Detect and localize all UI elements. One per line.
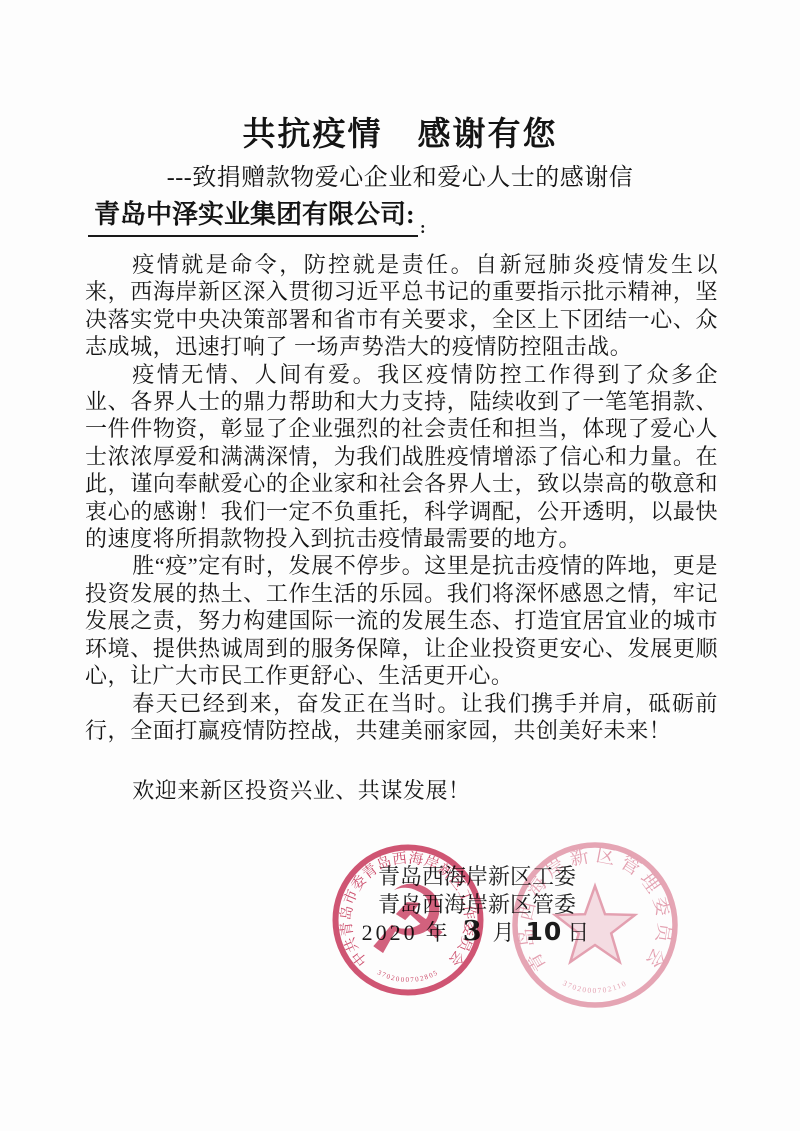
letter-subtitle: ---致捐赠款物爱心企业和爱心人士的感谢信: [0, 157, 800, 192]
letter-body: 疫情就是命令，防控就是责任。自新冠肺炎疫情发生以来，西海岸新区深入贯彻习近平总书…: [85, 251, 718, 805]
date-year-unit: 年: [426, 920, 449, 945]
stamp-serial: 3702000702110: [561, 978, 628, 995]
addressee-underline-colon: :: [420, 218, 426, 238]
body-paragraph-2: 疫情无情、人间有爱。我区疫情防控工作得到了众多企业、各界人士的鼎力帮助和大力支持…: [85, 361, 718, 553]
signature-org-2: 青岛西海岸新区管委: [327, 891, 627, 919]
body-paragraph-4: 春天已经到来，奋发正在当时。让我们携手并肩，砥砺前行，全面打赢疫情防控战，共建美…: [85, 690, 718, 745]
stamp-serial: 3702000702805: [376, 968, 440, 984]
closing-line: 欢迎来新区投资兴业、共谋发展！: [85, 777, 718, 804]
addressee-name: 青岛中泽实业集团有限公司:: [94, 194, 415, 231]
page-title: 共抗疫情 感谢有您: [0, 108, 800, 155]
date-year: 2020: [362, 920, 418, 945]
scanned-letter-page: 共抗疫情 感谢有您 ---致捐赠款物爱心企业和爱心人士的感谢信 青岛中泽实业集团…: [0, 0, 800, 1131]
date-month-unit: 月: [492, 920, 515, 945]
signature-org-1: 青岛西海岸新区工委: [327, 863, 627, 891]
date-day-unit: 日: [567, 920, 590, 945]
signature-block: 青岛西海岸新区工委 青岛西海岸新区管委 2020年3月10日: [327, 863, 627, 947]
date-day-handwritten: 10: [526, 917, 563, 946]
date-month-handwritten: 3: [463, 916, 483, 947]
signature-date: 2020年3月10日: [327, 918, 627, 947]
body-paragraph-3: 胜“疫”定有时，发展不停步。这里是抗击疫情的阵地，更是投资发展的热土、工作生活的…: [85, 552, 718, 689]
body-paragraph-1: 疫情就是命令，防控就是责任。自新冠肺炎疫情发生以来，西海岸新区深入贯彻习近平总书…: [85, 251, 718, 361]
addressee-underline: [88, 235, 418, 237]
